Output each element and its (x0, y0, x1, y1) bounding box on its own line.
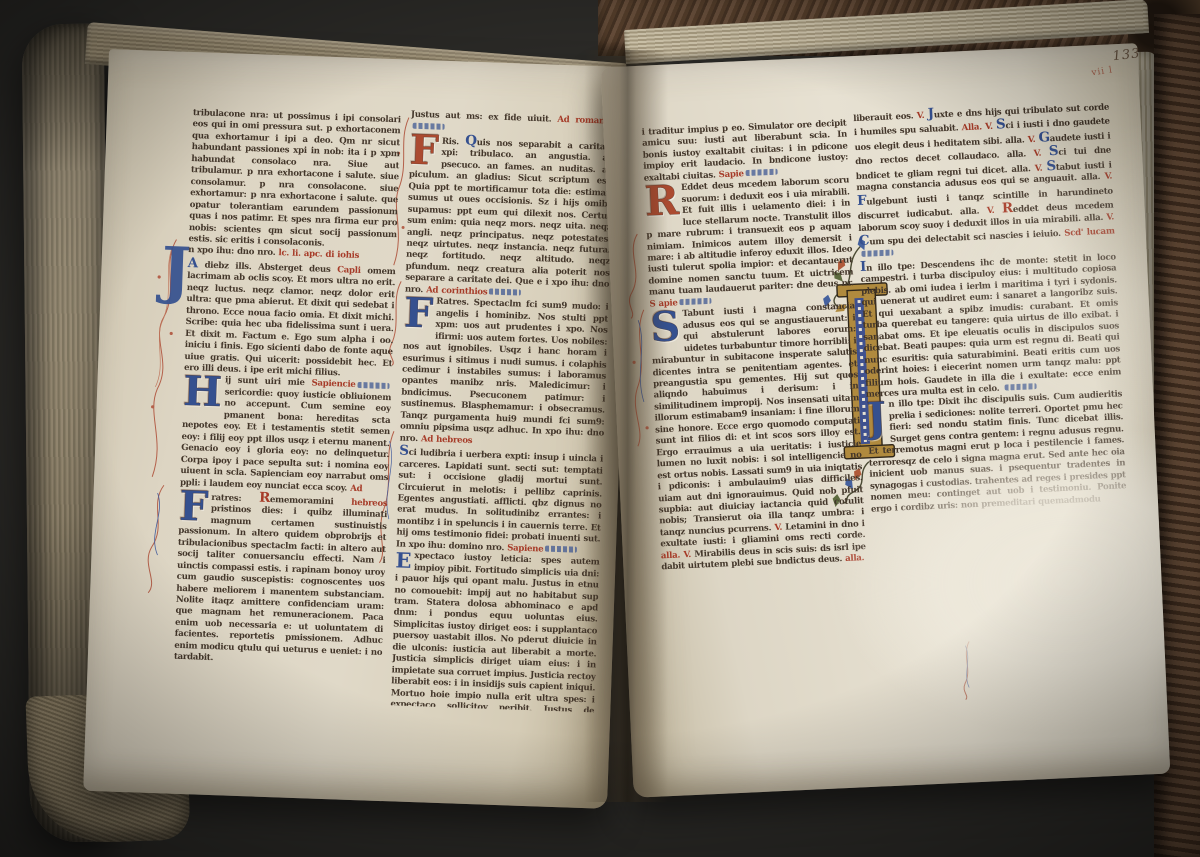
manuscript-photo: J tribulacone nra: ut possimus i ipi con… (0, 0, 1200, 857)
photo-vignette (0, 0, 1200, 857)
